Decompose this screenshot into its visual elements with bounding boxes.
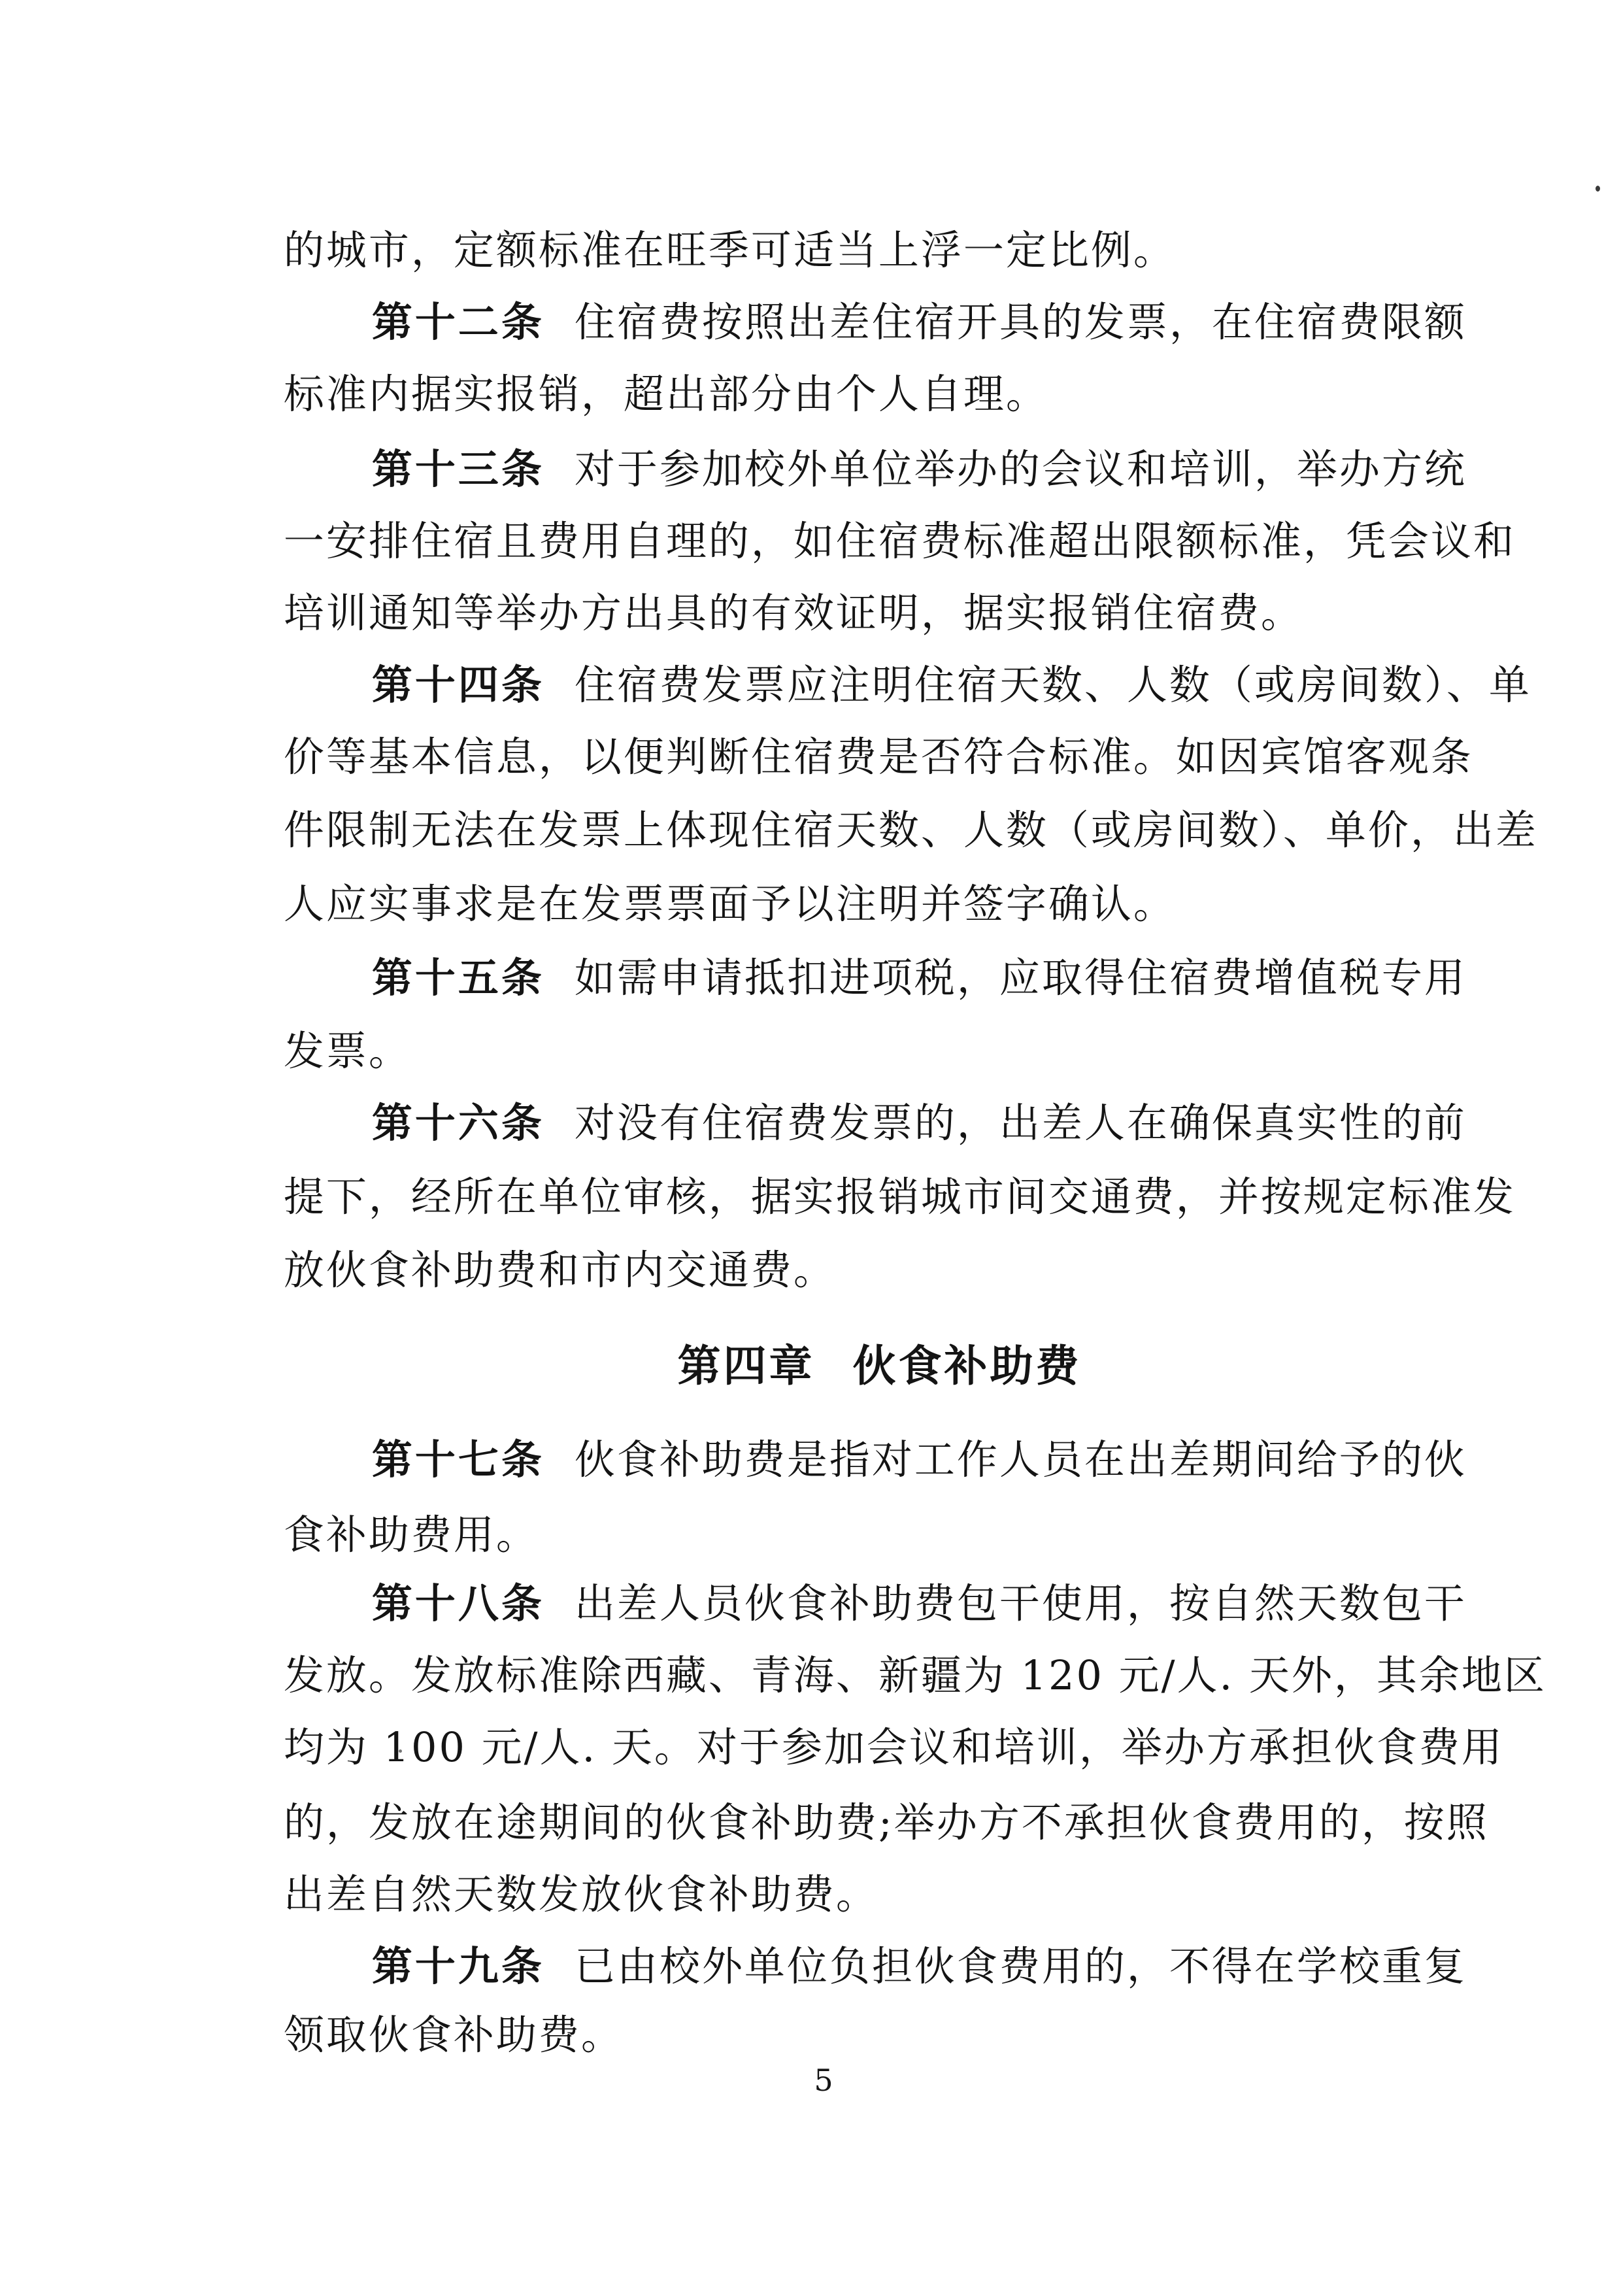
scan-speck [801, 321, 805, 324]
text-line: 第十五条如需申请抵扣进项税，应取得住宿费增值税专用 [312, 909, 1467, 1047]
chapter-title: 伙食补助费 [852, 1340, 1081, 1391]
scan-speck [399, 1749, 402, 1753]
line-text: 如需申请抵扣进项税，应取得住宿费增值税专用 [575, 954, 1467, 1002]
scan-speck [1596, 186, 1600, 192]
document-page: 的城市，定额标准在旺季可适当上浮一定比例。 第十二条住宿费按照出差住宿开具的发票… [0, 0, 1621, 2296]
chapter-number: 第四章 [677, 1340, 814, 1391]
line-text: 伙食补助费是指对工作人员在出差期间给予的伙 [575, 1436, 1467, 1483]
line-text: 已由校外单位负担伙食费用的，不得在学校重复 [575, 1942, 1467, 1990]
page-number: 5 [0, 2065, 1621, 2095]
line-text: 放伙食补助费和市内交通费。 [284, 1246, 836, 1294]
line-text: 领取伙食补助费。 [284, 2011, 624, 2059]
